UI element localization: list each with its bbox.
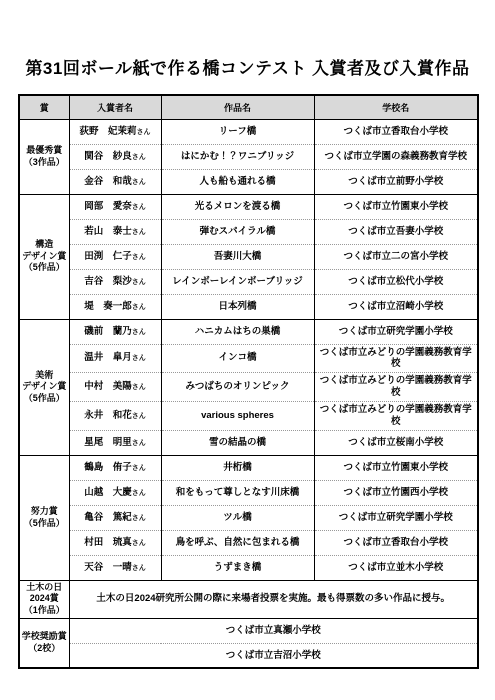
work-name-cell: 人も船も通れる橋 <box>161 169 314 194</box>
work-name-cell: インコ橋 <box>161 344 314 373</box>
table-row: 最優秀賞（3作品）荻野 妃茉莉さんリーフ橋つくば市立香取台小学校 <box>19 119 478 144</box>
table-row: 星尾 明里さん雪の結晶の橋つくば市立桜南小学校 <box>19 430 478 455</box>
award-label-line: 努力賞 <box>21 506 68 518</box>
winner-name-cell: 村田 琉真さん <box>69 530 161 555</box>
table-row: つくば市立吉沼小学校 <box>19 643 478 668</box>
award-note-cell: 土木の日2024研究所公開の際に来場者投票を実施。最も得票数の多い作品に授与。 <box>69 580 478 618</box>
winner-name-cell: 田渕 仁子さん <box>69 244 161 269</box>
table-row: 温井 皐月さんインコ橋つくば市立みどりの学園義務教育学校 <box>19 344 478 373</box>
table-row: 亀谷 篤紀さんツル橋つくば市立研究学園小学校 <box>19 505 478 530</box>
winner-name-cell: 鶴島 侑子さん <box>69 455 161 480</box>
table-row: 田渕 仁子さん吾妻川大橋つくば市立二の宮小学校 <box>19 244 478 269</box>
school-name-cell: つくば市立竹園東小学校 <box>314 455 478 480</box>
document-page: 第31回ボール紙で作る橋コンテスト 入賞者及び入賞作品 賞 入賞者名 作品名 学… <box>0 0 495 700</box>
column-header-award: 賞 <box>19 95 69 119</box>
work-name-cell: 井桁橋 <box>161 455 314 480</box>
award-label-line: デザイン賞 <box>21 251 68 263</box>
award-label-line: 学校奨励賞 <box>21 631 68 643</box>
work-name-cell: ツル橋 <box>161 505 314 530</box>
school-name-cell: つくば市立学園の森義務教育学校 <box>314 144 478 169</box>
work-name-cell: 光るメロンを渡る橋 <box>161 194 314 219</box>
table-row: 土木の日2024賞（1作品）土木の日2024研究所公開の際に来場者投票を実施。最… <box>19 580 478 618</box>
work-name-cell: various spheres <box>161 402 314 431</box>
school-name-cell: つくば市立研究学園小学校 <box>314 319 478 344</box>
award-cell: 学校奨励賞（2校） <box>19 618 69 668</box>
winner-name-cell: 天谷 一晴さん <box>69 555 161 580</box>
honorific-suffix: さん <box>132 279 146 286</box>
work-name-cell: 鳥を呼ぶ、自然に包まれる橋 <box>161 530 314 555</box>
winner-name-cell: 堤 奏一郎さん <box>69 294 161 319</box>
winner-name-cell: 岡部 愛奈さん <box>69 194 161 219</box>
table-body: 最優秀賞（3作品）荻野 妃茉莉さんリーフ橋つくば市立香取台小学校関谷 紗良さんは… <box>19 119 478 668</box>
winner-name-cell: 若山 泰士さん <box>69 219 161 244</box>
winner-name-cell: 亀谷 篤紀さん <box>69 505 161 530</box>
column-header-winner: 入賞者名 <box>69 95 161 119</box>
school-name-cell: つくば市立みどりの学園義務教育学校 <box>314 344 478 373</box>
award-label-line: デザイン賞 <box>21 381 68 393</box>
table-row: 永井 和花さんvarious spheresつくば市立みどりの学園義務教育学校 <box>19 402 478 431</box>
award-label-line: 美術 <box>21 370 68 382</box>
honorific-suffix: さん <box>132 254 146 261</box>
award-label-line: （5作品） <box>21 518 68 530</box>
honorific-suffix: さん <box>132 515 146 522</box>
honorific-suffix: さん <box>132 440 146 447</box>
school-name-cell: つくば市立並木小学校 <box>314 555 478 580</box>
award-label-line: 最優秀賞 <box>21 145 68 157</box>
award-label-line: 構造 <box>21 239 68 251</box>
winner-name-cell: 荻野 妃茉莉さん <box>69 119 161 144</box>
honorific-suffix: さん <box>132 229 146 236</box>
work-name-cell: ハニカムはちの巣橋 <box>161 319 314 344</box>
honorific-suffix: さん <box>132 355 146 362</box>
column-header-school: 学校名 <box>314 95 478 119</box>
award-label-line: （5作品） <box>21 393 68 405</box>
honorific-suffix: さん <box>132 329 146 336</box>
winner-name-cell: 中村 美陽さん <box>69 373 161 402</box>
table-header-row: 賞 入賞者名 作品名 学校名 <box>19 95 478 119</box>
honorific-suffix: さん <box>132 565 146 572</box>
award-cell: 美術デザイン賞（5作品） <box>19 319 69 455</box>
table-row: 天谷 一晴さんうずまき橋つくば市立並木小学校 <box>19 555 478 580</box>
work-name-cell: 日本列橋 <box>161 294 314 319</box>
table-row: 努力賞（5作品）鶴島 侑子さん井桁橋つくば市立竹園東小学校 <box>19 455 478 480</box>
honorific-suffix: さん <box>132 154 146 161</box>
winner-name-cell: 山越 大慶さん <box>69 480 161 505</box>
winner-name-cell: 磯前 蘭乃さん <box>69 319 161 344</box>
award-label-line: 土木の日 <box>21 582 68 594</box>
winner-name-cell: 関谷 紗良さん <box>69 144 161 169</box>
table-row: 関谷 紗良さんはにかむ！？ワニブリッジつくば市立学園の森義務教育学校 <box>19 144 478 169</box>
winner-name-cell: 金谷 和哉さん <box>69 169 161 194</box>
award-label-line: （5作品） <box>21 262 68 274</box>
award-label-line: 2024賞 <box>21 593 68 605</box>
school-name-cell: つくば市立香取台小学校 <box>314 119 478 144</box>
page-title: 第31回ボール紙で作る橋コンテスト 入賞者及び入賞作品 <box>0 0 495 79</box>
award-cell: 努力賞（5作品） <box>19 455 69 580</box>
honorific-suffix: さん <box>137 129 151 136</box>
honorific-suffix: さん <box>132 540 146 547</box>
work-name-cell: 和をもって尊しとなす川床橋 <box>161 480 314 505</box>
honorific-suffix: さん <box>132 179 146 186</box>
work-name-cell: はにかむ！？ワニブリッジ <box>161 144 314 169</box>
honorific-suffix: さん <box>132 490 146 497</box>
honorific-suffix: さん <box>132 304 146 311</box>
table-row: 山越 大慶さん和をもって尊しとなす川床橋つくば市立竹園西小学校 <box>19 480 478 505</box>
table-row: 構造デザイン賞（5作品）岡部 愛奈さん光るメロンを渡る橋つくば市立竹園東小学校 <box>19 194 478 219</box>
school-name-cell: つくば市立竹園西小学校 <box>314 480 478 505</box>
table-row: 美術デザイン賞（5作品）磯前 蘭乃さんハニカムはちの巣橋つくば市立研究学園小学校 <box>19 319 478 344</box>
school-name-cell: つくば市立みどりの学園義務教育学校 <box>314 373 478 402</box>
school-name-cell: つくば市立沼崎小学校 <box>314 294 478 319</box>
school-name-cell: つくば市立吉沼小学校 <box>69 643 478 668</box>
column-header-work: 作品名 <box>161 95 314 119</box>
honorific-suffix: さん <box>132 413 146 420</box>
honorific-suffix: さん <box>132 465 146 472</box>
award-cell: 構造デザイン賞（5作品） <box>19 194 69 319</box>
table-row: 村田 琉真さん鳥を呼ぶ、自然に包まれる橋つくば市立香取台小学校 <box>19 530 478 555</box>
award-results-table: 賞 入賞者名 作品名 学校名 最優秀賞（3作品）荻野 妃茉莉さんリーフ橋つくば市… <box>18 94 479 669</box>
work-name-cell: 吾妻川大橋 <box>161 244 314 269</box>
winner-name-cell: 温井 皐月さん <box>69 344 161 373</box>
work-name-cell: リーフ橋 <box>161 119 314 144</box>
award-label-line: （2校） <box>21 643 68 655</box>
school-name-cell: つくば市立桜南小学校 <box>314 430 478 455</box>
table-row: 学校奨励賞（2校）つくば市立真瀬小学校 <box>19 618 478 643</box>
school-name-cell: つくば市立前野小学校 <box>314 169 478 194</box>
work-name-cell: 弾むスパイラル橋 <box>161 219 314 244</box>
school-name-cell: つくば市立松代小学校 <box>314 269 478 294</box>
honorific-suffix: さん <box>132 384 146 391</box>
school-name-cell: つくば市立真瀬小学校 <box>69 618 478 643</box>
table-row: 中村 美陽さんみつばちのオリンピックつくば市立みどりの学園義務教育学校 <box>19 373 478 402</box>
table-row: 若山 泰士さん弾むスパイラル橋つくば市立吾妻小学校 <box>19 219 478 244</box>
honorific-suffix: さん <box>132 204 146 211</box>
table-row: 堤 奏一郎さん日本列橋つくば市立沼崎小学校 <box>19 294 478 319</box>
award-label-line: （3作品） <box>21 157 68 169</box>
school-name-cell: つくば市立香取台小学校 <box>314 530 478 555</box>
work-name-cell: みつばちのオリンピック <box>161 373 314 402</box>
table-row: 吉谷 梨沙さんレインボーレインボーブリッジつくば市立松代小学校 <box>19 269 478 294</box>
award-cell: 土木の日2024賞（1作品） <box>19 580 69 618</box>
school-name-cell: つくば市立竹園東小学校 <box>314 194 478 219</box>
winner-name-cell: 永井 和花さん <box>69 402 161 431</box>
school-name-cell: つくば市立研究学園小学校 <box>314 505 478 530</box>
school-name-cell: つくば市立みどりの学園義務教育学校 <box>314 402 478 431</box>
award-cell: 最優秀賞（3作品） <box>19 119 69 194</box>
winner-name-cell: 吉谷 梨沙さん <box>69 269 161 294</box>
work-name-cell: うずまき橋 <box>161 555 314 580</box>
winner-name-cell: 星尾 明里さん <box>69 430 161 455</box>
work-name-cell: レインボーレインボーブリッジ <box>161 269 314 294</box>
school-name-cell: つくば市立吾妻小学校 <box>314 219 478 244</box>
school-name-cell: つくば市立二の宮小学校 <box>314 244 478 269</box>
award-label-line: （1作品） <box>21 605 68 617</box>
table-row: 金谷 和哉さん人も船も通れる橋つくば市立前野小学校 <box>19 169 478 194</box>
work-name-cell: 雪の結晶の橋 <box>161 430 314 455</box>
